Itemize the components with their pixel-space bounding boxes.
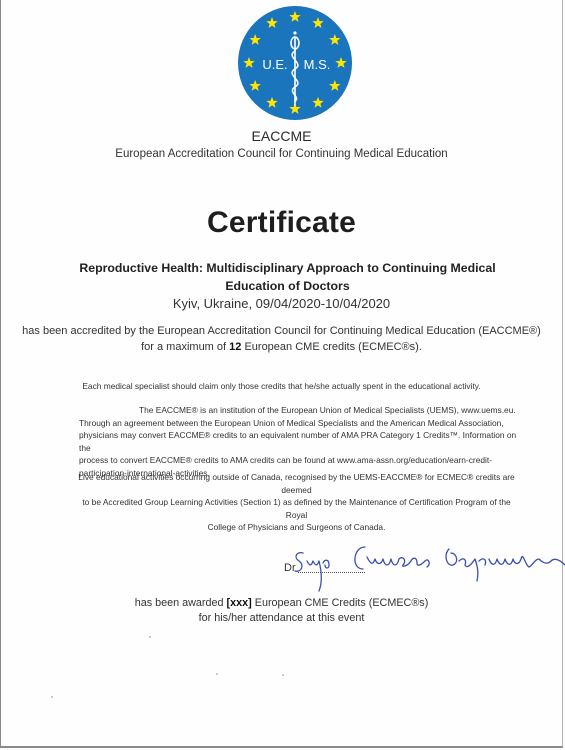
scan-speck [51, 696, 53, 698]
ama-line: physicians may convert EACCME® credits t… [79, 429, 522, 454]
awarded-credits-placeholder: [xxx] [227, 597, 252, 609]
award-statement: has been awarded [xxx] European CME Cred… [1, 596, 562, 626]
award-suffix: European CME Credits (ECMEC®s) [252, 597, 429, 609]
organization-short-name: EACCME [1, 128, 562, 144]
canada-line: Live educational activities occurring ou… [71, 471, 522, 496]
ama-line: process to convert EACCME® credits to AM… [79, 454, 522, 467]
certificate-title: Certificate [1, 206, 562, 240]
ama-line: Through an agreement between the Europea… [79, 417, 522, 430]
certificate-page: U.E. M.S. EACCME European Accreditation … [0, 0, 563, 748]
canada-line: to be Accredited Group Learning Activiti… [71, 496, 522, 521]
claim-notice: Each medical specialist should claim onl… [1, 381, 562, 391]
canada-paragraph: Live educational activities occurring ou… [71, 471, 522, 534]
accreditation-statement: has been accredited by the European Accr… [21, 323, 542, 355]
award-line-2: for his/her attendance at this event [1, 611, 562, 626]
event-location-dates: Kyiv, Ukraine, 09/04/2020-10/04/2020 [1, 296, 562, 311]
event-title: Reproductive Health: Multidisciplinary A… [51, 259, 524, 295]
scan-speck [216, 673, 218, 675]
ama-line: The EACCME® is an institution of the Eur… [79, 404, 522, 417]
uems-logo-icon: U.E. M.S. [237, 5, 353, 121]
award-prefix: has been awarded [135, 597, 227, 609]
accreditation-prefix: for a maximum of [141, 341, 229, 353]
accreditation-line-2: for a maximum of 12 European CME credits… [21, 339, 542, 355]
ama-paragraph: The EACCME® is an institution of the Eur… [79, 404, 522, 479]
accreditation-line-1: has been accredited by the European Accr… [21, 323, 542, 339]
scan-speck [149, 636, 151, 638]
svg-text:M.S.: M.S. [304, 57, 331, 72]
organization-full-name: European Accreditation Council for Conti… [1, 148, 562, 160]
award-line-1: has been awarded [xxx] European CME Cred… [1, 596, 562, 611]
canada-line: College of Physicians and Surgeons of Ca… [71, 521, 522, 534]
max-credits: 12 [229, 341, 241, 353]
accreditation-suffix: European CME credits (ECMEC®s). [241, 341, 422, 353]
svg-text:U.E.: U.E. [262, 57, 287, 72]
scan-speck [282, 674, 284, 676]
handwritten-signature: Луців Світлана Володимирівна [271, 535, 565, 595]
